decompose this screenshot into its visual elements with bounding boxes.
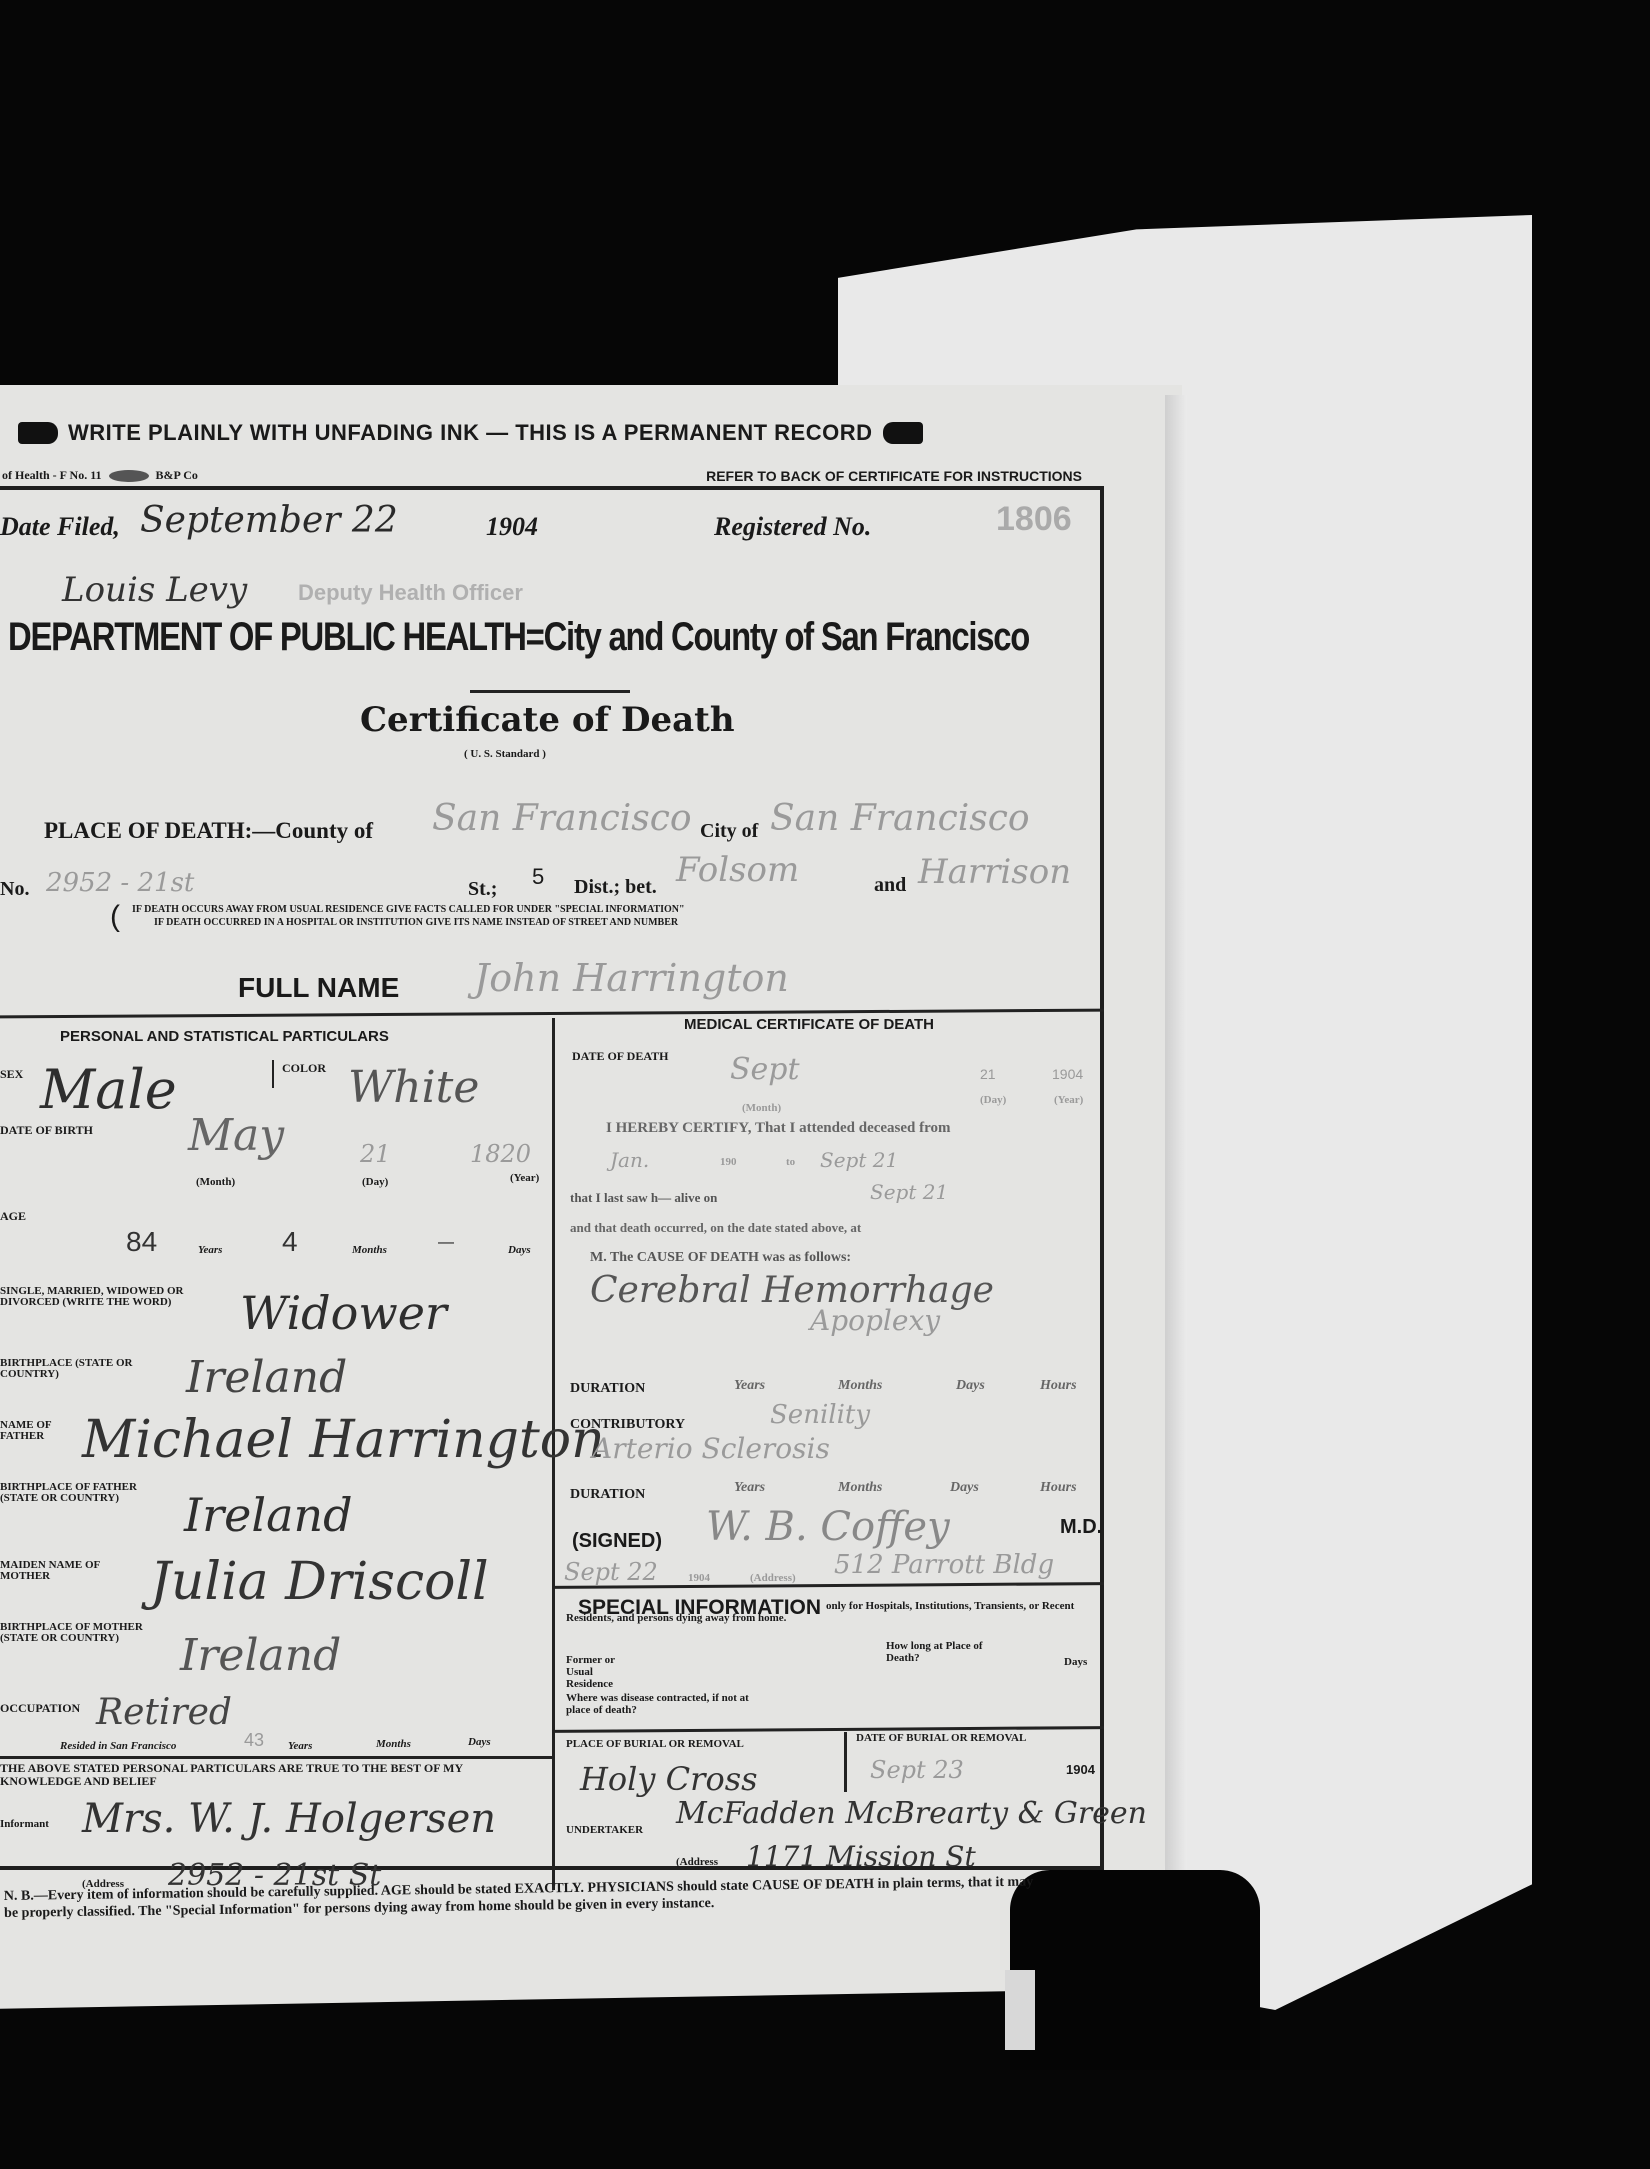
resided-months-caption: Months — [376, 1738, 411, 1750]
color-divider — [272, 1060, 274, 1088]
district-value: 5 — [532, 864, 544, 890]
date-filed-value: September 22 — [140, 500, 398, 541]
date-filed-label: Date Filed, — [0, 512, 120, 542]
last-seen-value: Sept 21 — [870, 1180, 948, 1204]
marital-label: SINGLE, MARRIED, WIDOWED OR DIVORCED (Wr… — [0, 1286, 200, 1308]
dob-month-caption: (Month) — [196, 1176, 235, 1188]
death-month: Sept — [730, 1052, 800, 1087]
death-day: 21 — [980, 1066, 996, 1082]
contributory-label: CONTRIBUTORY — [570, 1418, 685, 1431]
undertaker-value: McFadden McBrearty & Green — [676, 1796, 1147, 1831]
dob-label: DATE OF BIRTH — [0, 1124, 93, 1137]
medical-heading: MEDICAL CERTIFICATE OF DEATH — [684, 1016, 934, 1033]
date-filed-year: 1904 — [486, 512, 538, 542]
attended-to: Sept 21 — [820, 1148, 898, 1172]
form-number: of Health - F No. 11 — [2, 468, 102, 482]
informant-divider — [0, 1756, 552, 1759]
death-year-caption: (Year) — [1054, 1094, 1083, 1106]
birthplace-label: BIRTHPLACE (State or Country) — [0, 1358, 150, 1380]
special-heading-note: only for Hospitals, Institutions, Transi… — [566, 1596, 1096, 1624]
resided-years: 43 — [244, 1730, 264, 1751]
undertaker-address-value: 1171 Mission St — [746, 1840, 976, 1873]
pointing-hand-icon — [18, 422, 58, 444]
officer-title: Deputy Health Officer — [298, 580, 523, 606]
personal-heading: PERSONAL AND STATISTICAL PARTICULARS — [60, 1028, 389, 1045]
dob-year: 1820 — [470, 1140, 531, 1168]
duration-years-2: Years — [734, 1480, 765, 1496]
note-bracket: ( — [110, 900, 120, 934]
registered-label: Registered No. — [714, 512, 871, 542]
how-long-label: How long at Place of Death? — [886, 1640, 996, 1664]
undertaker-label: UNDERTAKER — [566, 1824, 643, 1837]
and-label: and — [874, 874, 906, 897]
officer-signature: Louis Levy — [62, 570, 247, 610]
father-birthplace-label: BIRTHPLACE OF FATHER (State or Country) — [0, 1482, 150, 1504]
pointing-hand-icon — [883, 422, 923, 444]
department-title: DEPARTMENT OF PUBLIC HEALTH=City and Cou… — [8, 615, 1029, 660]
burial-column-divider — [844, 1732, 847, 1792]
undertaker-address-label: (Address — [676, 1856, 718, 1868]
how-long-days-label: Days — [1064, 1656, 1087, 1668]
title-divider — [470, 690, 630, 693]
attended-from: Jan. — [610, 1148, 649, 1172]
form-info-row: of Health - F No. 11 B&P Co REFER TO BAC… — [0, 468, 1082, 484]
color-value: White — [348, 1062, 479, 1113]
between-street-1: Folsom — [676, 850, 799, 890]
burial-place-label: PLACE OF BURIAL OR REMOVAL — [566, 1738, 744, 1751]
signed-year-caption: 1904 — [688, 1572, 710, 1584]
death-occurred-text: and that death occurred, on the date sta… — [570, 1220, 861, 1236]
cause-secondary: Apoplexy — [810, 1304, 940, 1337]
county-value: San Francisco — [432, 798, 692, 839]
marital-value: Widower — [240, 1286, 447, 1340]
cause-label: M. The CAUSE OF DEATH was as follows: — [590, 1250, 851, 1266]
street-no-value: 2952 - 21st — [46, 868, 194, 898]
mother-birthplace-value: Ireland — [180, 1630, 341, 1681]
signed-label: (SIGNED) — [572, 1530, 662, 1553]
mother-name-label: MAIDEN NAME OF MOTHER — [0, 1560, 120, 1582]
place-of-death-label: PLACE OF DEATH:—County of — [44, 818, 373, 844]
certify-text: I HEREBY CERTIFY, That I attended deceas… — [606, 1120, 951, 1137]
age-label: AGE — [0, 1210, 26, 1223]
city-value: San Francisco — [770, 798, 1030, 839]
duration-months-1: Months — [838, 1378, 882, 1394]
mother-birthplace-label: BIRTHPLACE OF MOTHER (State or Country) — [0, 1622, 150, 1644]
attended-to-label: to — [786, 1156, 795, 1168]
resided-years-caption: Years — [288, 1740, 312, 1752]
note-line-2: IF DEATH OCCURRED IN A HOSPITAL OR INSTI… — [154, 917, 678, 928]
street-label: St.; — [468, 878, 497, 901]
burial-place-value: Holy Cross — [580, 1760, 758, 1798]
physician-address: 512 Parrott Bldg — [834, 1550, 1054, 1580]
death-year: 1904 — [1052, 1066, 1083, 1082]
street-no-label: No. — [0, 878, 29, 901]
contributory-value: Senility — [770, 1400, 870, 1430]
us-standard-label: ( U. S. Standard ) — [464, 748, 546, 760]
instructions-note: REFER TO BACK OF CERTIFICATE FOR INSTRUC… — [706, 468, 1082, 484]
registered-number: 1806 — [996, 500, 1072, 539]
disease-contracted-label: Where was disease contracted, if not at … — [566, 1692, 766, 1716]
age-months: 4 — [282, 1226, 298, 1258]
duration-label-2: DURATION — [570, 1488, 645, 1501]
district-label: Dist.; bet. — [574, 876, 657, 899]
informant-value: Mrs. W. J. Holgersen — [82, 1796, 496, 1842]
duration-days-2: Days — [950, 1480, 979, 1496]
between-street-2: Harrison — [918, 852, 1071, 892]
shadow — [1010, 1870, 1260, 2070]
dob-year-caption: (Year) — [510, 1172, 539, 1184]
attended-year-caption: 190 — [720, 1156, 737, 1168]
burial-date-value: Sept 23 — [870, 1756, 964, 1784]
father-birthplace-value: Ireland — [184, 1488, 353, 1542]
contributory-secondary: Arterio Sclerosis — [592, 1432, 830, 1465]
duration-months-2: Months — [838, 1480, 882, 1496]
full-name-label: FULL NAME — [238, 972, 399, 1004]
duration-days-1: Days — [956, 1378, 985, 1394]
age-days-caption: Days — [508, 1244, 531, 1256]
paper-tab — [1005, 1970, 1035, 2050]
union-label-icon — [109, 470, 149, 482]
occupation-label: OCCUPATION — [0, 1702, 80, 1715]
physician-signature: W. B. Coffey — [706, 1504, 950, 1550]
age-days: — — [438, 1234, 454, 1252]
dob-month: May — [188, 1110, 284, 1161]
resided-days-caption: Days — [468, 1736, 491, 1748]
mother-name-value: Julia Driscoll — [150, 1552, 489, 1612]
birthplace-value: Ireland — [186, 1352, 347, 1403]
death-month-caption: (Month) — [742, 1102, 781, 1114]
last-seen-text: that I last saw h— alive on — [570, 1190, 717, 1206]
dob-day: 21 — [360, 1140, 391, 1168]
age-years: 84 — [126, 1226, 157, 1258]
sex-value: Male — [40, 1058, 177, 1121]
city-label: City of — [700, 820, 758, 843]
warning-text: WRITE PLAINLY WITH UNFADING INK — THIS I… — [68, 420, 873, 446]
certificate-title: Certificate of Death — [360, 700, 735, 740]
printer-name: B&P Co — [156, 468, 198, 482]
informant-label: Informant — [0, 1818, 49, 1831]
father-name-value: Michael Harrington — [82, 1410, 605, 1470]
occupation-value: Retired — [96, 1692, 232, 1733]
paper-edge — [1165, 395, 1187, 1895]
age-months-caption: Months — [352, 1244, 387, 1256]
physician-address-label: (Address) — [750, 1572, 796, 1584]
dob-day-caption: (Day) — [362, 1176, 388, 1188]
color-label: COLOR — [282, 1062, 326, 1075]
duration-hours-2: Hours — [1040, 1480, 1077, 1496]
burial-year: 1904 — [1066, 1762, 1095, 1777]
former-residence-label: Former or Usual Residence — [566, 1654, 636, 1690]
duration-label-1: DURATION — [570, 1382, 645, 1395]
father-name-label: NAME OF FATHER — [0, 1420, 80, 1442]
signed-date: Sept 22 — [564, 1558, 658, 1586]
sex-label: SEX — [0, 1068, 23, 1081]
attest-text: THE ABOVE STATED PERSONAL PARTICULARS AR… — [0, 1762, 540, 1788]
resided-label: Resided in San Francisco — [60, 1740, 176, 1752]
date-of-death-label: DATE OF DEATH — [572, 1050, 668, 1063]
warning-banner: WRITE PLAINLY WITH UNFADING INK — THIS I… — [18, 420, 1058, 446]
death-day-caption: (Day) — [980, 1094, 1006, 1106]
note-line-1: IF DEATH OCCURS AWAY FROM USUAL RESIDENC… — [132, 904, 685, 915]
md-label: M.D. — [1060, 1516, 1102, 1539]
full-name-value: John Harrington — [474, 956, 789, 1000]
burial-date-label: DATE of BURIAL or REMOVAL — [856, 1732, 1026, 1745]
duration-years-1: Years — [734, 1378, 765, 1394]
duration-hours-1: Hours — [1040, 1378, 1077, 1394]
age-years-caption: Years — [198, 1244, 222, 1256]
